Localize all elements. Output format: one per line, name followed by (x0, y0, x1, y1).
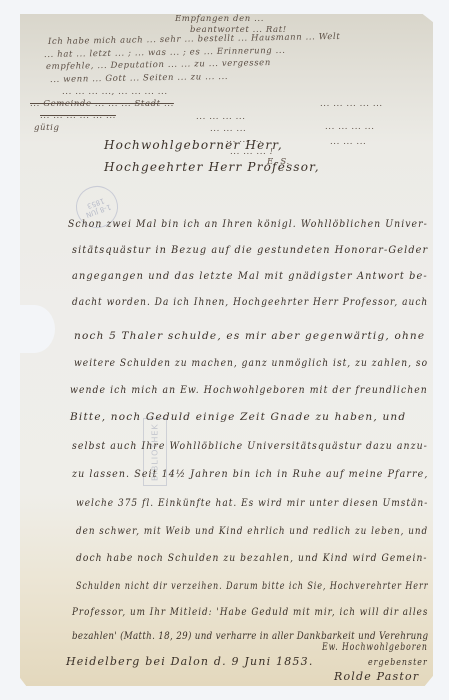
body-line: Bitte, noch Geduld einige Zeit Gnade zu … (70, 411, 406, 423)
body-line: wende ich mich an Ew. Hochwohlgeboren mi… (70, 384, 428, 396)
body-line: noch 5 Thaler schulde, es mir aber gegen… (74, 330, 425, 342)
side-note: ... ... ... (330, 137, 366, 147)
salutation-line: Hochwohlgeborner Herr, (104, 138, 283, 152)
closing-line: Ew. Hochwohlgeboren (322, 642, 428, 653)
body-line: zu lassen. Seit 14½ Jahren bin ich in Ru… (72, 468, 428, 480)
header-annotation: ... ... ... ..., ... ... ... ... (62, 87, 168, 97)
side-note: ... ... ... ... ... (320, 99, 383, 109)
header-annotation: gütig (34, 123, 60, 133)
salutation-line: Hochgeehrter Herr Professor, (104, 160, 320, 174)
body-line: selbst auch Ihre Wohllöbliche Universitä… (72, 440, 428, 452)
header-annotation: ... Gemeinde ... ... ... Stadt ... (30, 99, 174, 109)
side-note: ... ... ... ... (325, 122, 375, 132)
body-line: welche 375 fl. Einkünfte hat. Es wird mi… (76, 497, 428, 509)
body-line: dacht worden. Da ich Ihnen, Hochgeehrter… (72, 296, 428, 308)
body-line: Schulden nicht dir verzeihen. Darum bitt… (76, 580, 428, 592)
side-note: ... ... ... (210, 124, 246, 134)
body-line: bezahlen' (Matth. 18, 29) und verharre i… (72, 630, 428, 642)
body-line: angegangen und das letzte Mal mit gnädig… (72, 270, 428, 282)
closing-line: ergebenster (368, 658, 428, 668)
body-line: Schon zwei Mal bin ich an Ihren königl. … (68, 218, 428, 230)
body-line: doch habe noch Schulden zu bezahlen, und… (76, 552, 428, 564)
body-line: Professor, um Ihr Mitleid: 'Habe Geduld … (72, 606, 428, 618)
body-line: sitätsquästur in Bezug auf die gestundet… (72, 244, 428, 256)
header-annotation: Empfangen den ... (175, 14, 264, 24)
side-note: ... ... ... ... (196, 112, 246, 122)
header-annotation: ... ... ... ... ... ... (40, 111, 116, 121)
date-line: Heidelberg bei Dalon d. 9 Juni 1853. (66, 655, 314, 668)
signature: Rolde Pastor (334, 670, 419, 683)
body-line: den schwer, mit Weib und Kind ehrlich un… (76, 525, 428, 537)
body-line: weitere Schulden zu machen, ganz unmögli… (74, 357, 428, 369)
